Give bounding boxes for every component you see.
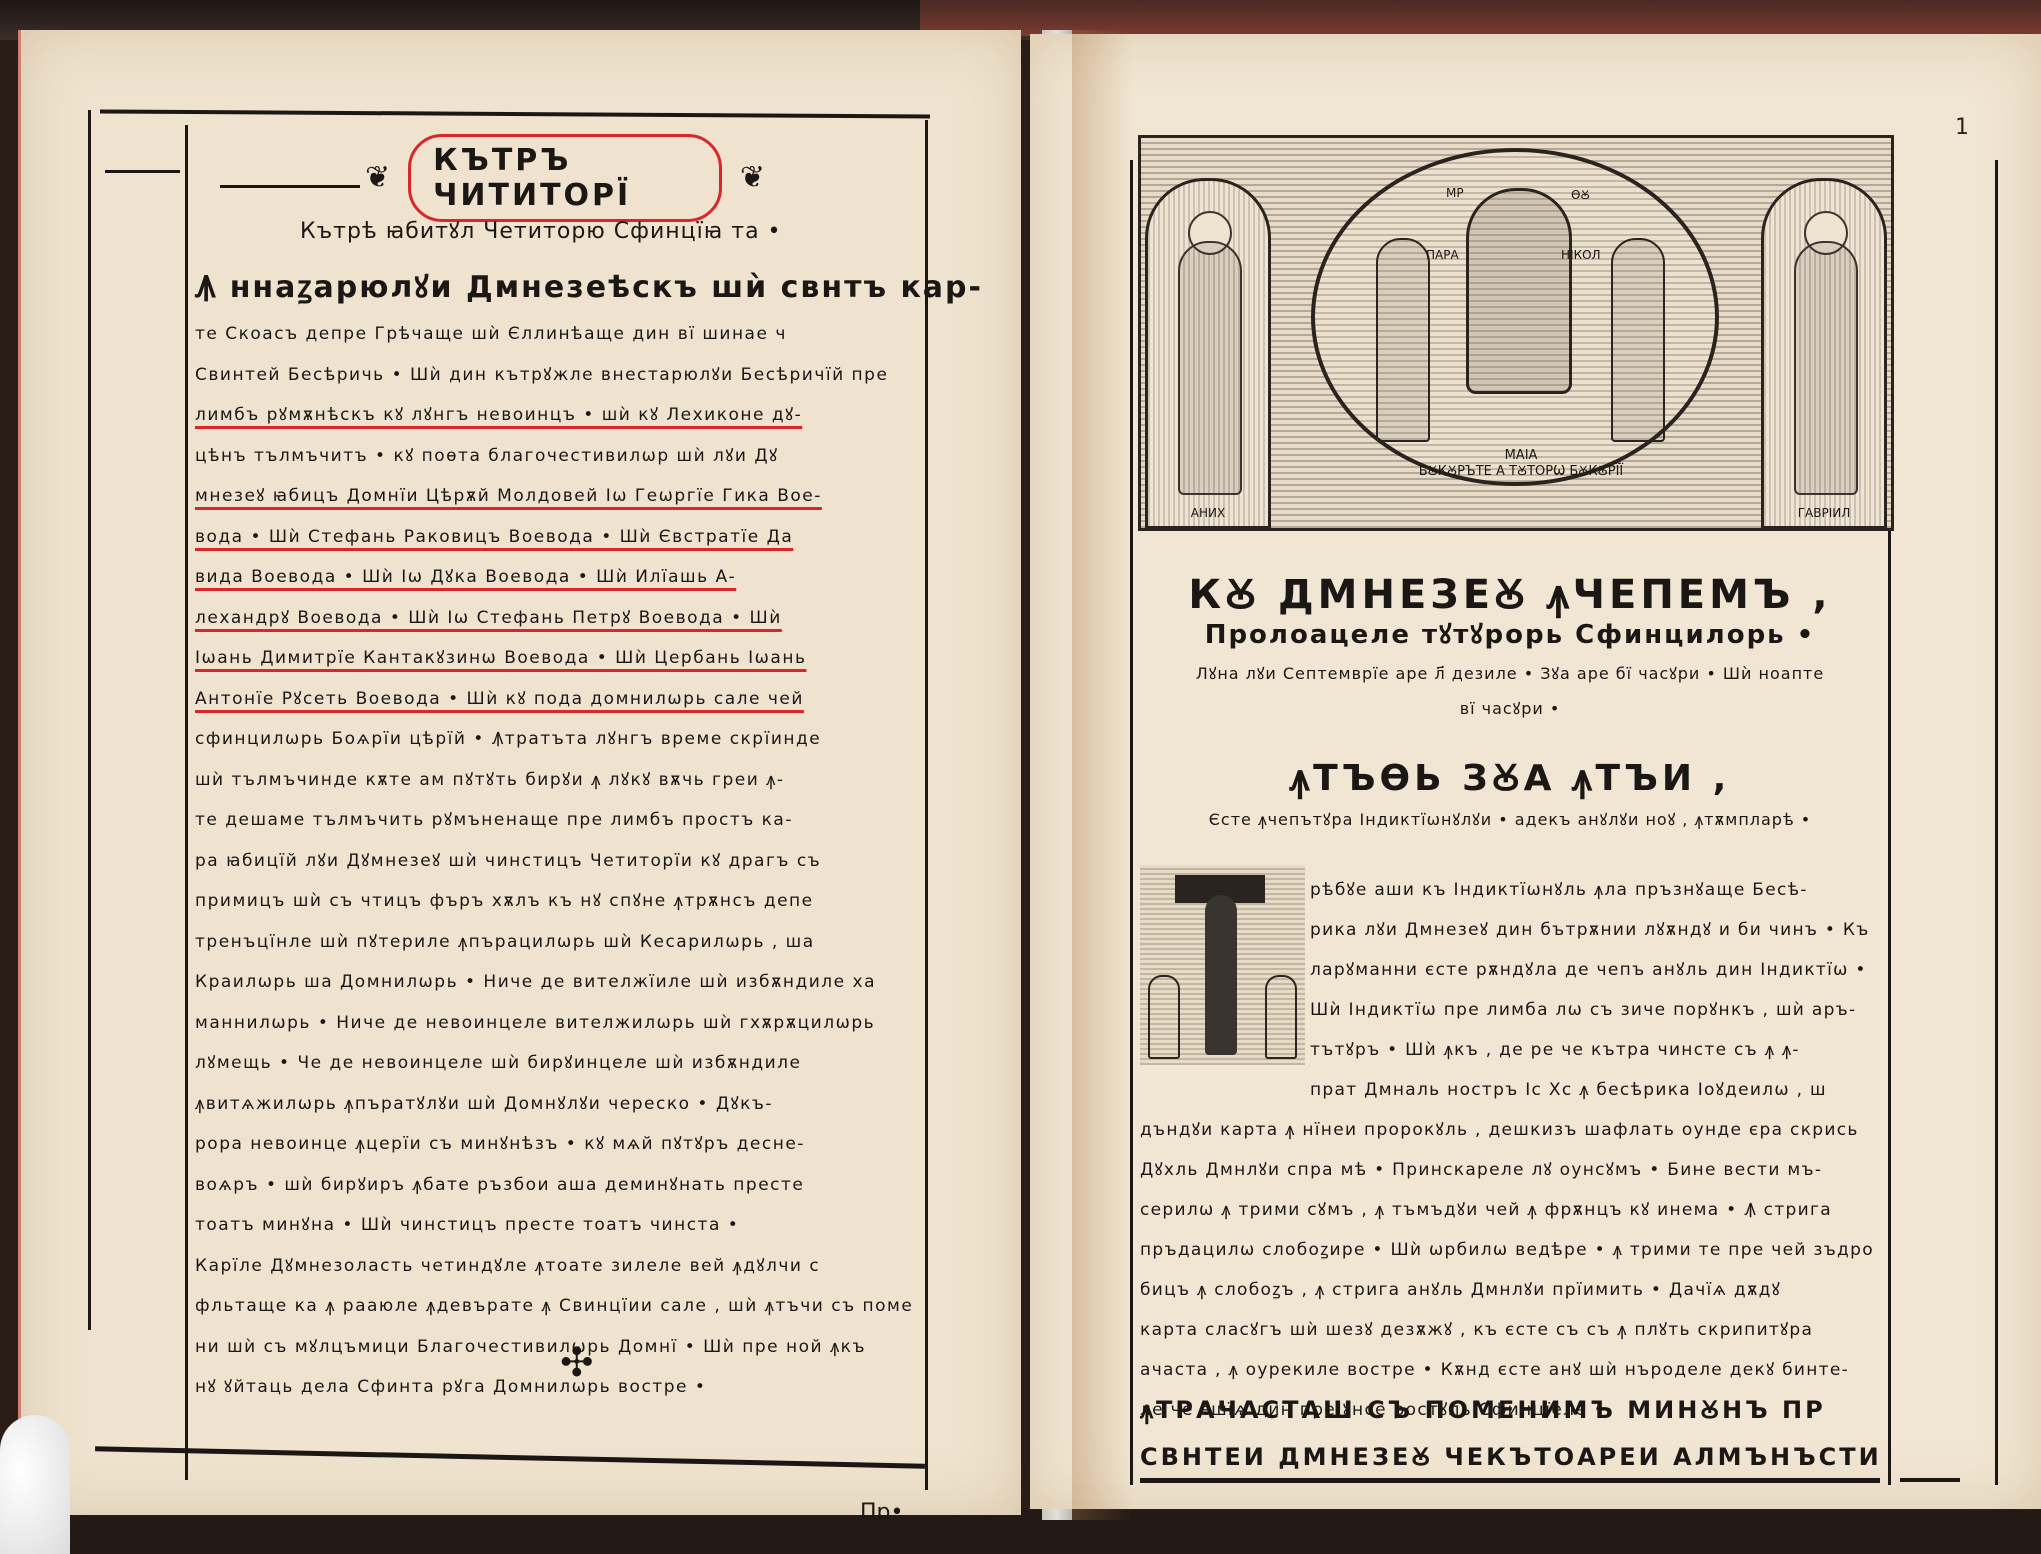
text-line: рѣбꙋе аши къ Індиктїѡнꙋль ꙟла пръзнꙋаще … [1140, 870, 1885, 910]
page-title-circled: КЪТРЪ ЧИТИТОРЇ [408, 134, 722, 222]
text-line: нꙋ ꙋйтаць дела Сфинта рꙋга Домнилѡрь вос… [195, 1367, 920, 1408]
text-line-underlined: вода • Шѝ Стефань Раковицъ Воевода • Шѝ … [195, 517, 920, 558]
text-line: те Скоасъ депре Грѣчаще шѝ Єллинѣаще дин… [195, 314, 920, 355]
text-line: серилѡ ꙟ трими сꙋмъ , ꙟ тъмъдꙋи чей ꙟ фр… [1140, 1190, 1885, 1230]
text-line-underlined: лехандрꙋ Воевода • Шѝ Іѡ Стефань Петрꙋ В… [195, 598, 920, 639]
text-line-underlined: Іѡань Димитрїе Кантакꙋзинѡ Воевода • Шѝ … [195, 638, 920, 679]
woodcut-headpiece: АНИХ МР ѲꙊ ПАРА НІКОЛ МАІА БꙊКꙊРЪТЕ А ТꙊ… [1138, 135, 1894, 531]
gloved-thumb [0, 1415, 70, 1554]
text-line: тоатъ минꙋна • Шѝ чинстицъ престе тоатъ … [195, 1205, 920, 1246]
text-line: тътꙋръ • Шѝ ꙟкъ , де ре че кътра чинсте … [1140, 1030, 1885, 1070]
text-line: фльтаще ка ꙟ рааюле ꙟдевърате ꙟ Свинцїии… [195, 1286, 920, 1327]
woodcut-central-icon: МР ѲꙊ ПАРА НІКОЛ МАІА БꙊКꙊРЪТЕ А ТꙊТОРѠ … [1281, 148, 1747, 518]
text-line-underlined: Антонїе Рꙋсеть Воевода • Шѝ кꙋ пода домн… [195, 679, 920, 720]
right-page-subheading: Пролоацеле тꙋтꙋрорь Сфинцилорь • [1140, 615, 1880, 651]
text-line: тренъцїнле шѝ пꙋтериле ꙟпърацилѡрь шѝ Ке… [195, 922, 920, 963]
right-page-heading: КꙊ ДМНЕЗЕꙊ ꙟЧЕПЕМЪ , [1140, 565, 1880, 620]
right-page-margin-bottom-rule [1900, 1478, 1960, 1482]
text-line: бицъ ꙟ слобоꙁъ , ꙟ стрига анꙋль Дмнлꙋи п… [1140, 1270, 1885, 1310]
text-line-underlined: лимбъ рꙋмѫнѣскъ кꙋ лꙋнгъ невоинцъ • шѝ к… [195, 395, 920, 436]
text-line: примицъ шѝ съ чтицъ фъръ хѫлъ къ нꙋ спꙋн… [195, 881, 920, 922]
left-page-right-frame-rule [925, 120, 928, 1490]
right-page-bottom-rule [1140, 1478, 1880, 1483]
right-page-outer-frame-rule [1995, 160, 1998, 1485]
month-info-line-continued: вї часꙋри • [1140, 697, 1880, 719]
saint-left-label: ПАРА [1426, 248, 1459, 262]
left-page-margin-rule [105, 170, 180, 173]
catchword: Пр• [860, 1500, 903, 1525]
month-info-line: Лꙋна лꙋи Септемврїе аре л҃ дезиле • Зꙋа … [1140, 662, 1880, 684]
left-page-first-line: Ꙟ ннаꙁарюлꙋи Дмнезеѣскъ шѝ свнтъ кар- [195, 265, 920, 306]
text-line: ачаста , ꙟ оурекиле востре • Кѫнд єсте а… [1140, 1350, 1885, 1390]
right-page-left-frame-rule [1130, 160, 1133, 1485]
woodcut-caption: МАІА БꙊКꙊРЪТЕ А ТꙊТОРѠ БꙊКꙊРЇЇ [1411, 448, 1631, 480]
text-line: шѝ тълмъчинде кѫте ам пꙋтꙋть бирꙋи ꙟ лꙋк… [195, 760, 920, 801]
text-line: карта сласꙋгъ шѝ шезꙋ дезѫжꙋ , къ єсте с… [1140, 1310, 1885, 1350]
text-line: маннилѡрь • Ниче де невоинцеле вителжилѡ… [195, 1003, 920, 1044]
saint-figure-right-icon [1611, 238, 1665, 442]
panel-label: ГАВРІИЛ [1764, 506, 1884, 520]
woodcut-angel-panel-left: АНИХ [1145, 178, 1271, 529]
text-line: прат Дмналь ностръ Іс Хс ꙟ бесѣрика Іоꙋд… [1140, 1070, 1885, 1110]
panel-label: АНИХ [1148, 506, 1268, 520]
text-line: воѧръ • шѝ бирꙋиръ ꙟбате ръзбои аша деми… [195, 1165, 920, 1206]
text-line: сфинцилѡрь Боѧрїи цѣрїй • Ꙟтратъта лꙋнгъ… [195, 719, 920, 760]
saint-right-label: НІКОЛ [1561, 248, 1601, 262]
left-page-subtitle: Кътрѣ ꙗбитꙋл Четиторю Сфинцїꙗ та • [300, 215, 860, 245]
text-line: лꙋмещь • Че де невоинцеле шѝ бирꙋинцеле … [195, 1043, 920, 1084]
text-line: пръдацилѡ слобоꙁире • Шѝ ѡрбилѡ ведѣре •… [1140, 1230, 1885, 1270]
icon-label-theta: ѲꙊ [1571, 186, 1590, 203]
left-page-outer-frame-rule [88, 110, 91, 1330]
left-page-body: Ꙟ ннаꙁарюлꙋи Дмнезеѣскъ шѝ свнтъ кар- те… [195, 265, 920, 1408]
icon-label-mr: МР [1446, 186, 1464, 200]
indiction-line: Єсте ꙟчепътꙋра Індиктїѡнꙋлꙋи • адекъ анꙋ… [1140, 808, 1880, 830]
woodcut-caption-line1: МАІА [1411, 448, 1631, 464]
text-line: цѣнъ тълмъчитъ • кꙋ поѳта благочестивилѡ… [195, 436, 920, 477]
folio-number: 1 [1955, 115, 1969, 140]
left-page-title-row: ❦ КЪТРЪ ЧИТИТОРЇ ❦ [365, 150, 765, 206]
text-line: ра ꙗбицїй лꙋи Дꙋмнезеꙋ шѝ чинстицъ Четит… [195, 841, 920, 882]
text-line: те дешаме тълмъчить рꙋмъненаще пре лимбъ… [195, 800, 920, 841]
book-binding-bottom [0, 1510, 2041, 1554]
woodcut-caption-line2: БꙊКꙊРЪТЕ А ТꙊТОРѠ БꙊКꙊРЇЇ [1411, 464, 1631, 480]
text-line: ни шѝ съ мꙋлцъмици Благочестивилѡрь Домн… [195, 1327, 920, 1368]
text-line: ꙟвитѧжилѡрь ꙟпъратꙋлꙋи шѝ Домнꙋлꙋи черес… [195, 1084, 920, 1125]
text-line: Шѝ Індиктїѡ пре лимба лѡ съ зиче порꙋнкъ… [1140, 990, 1885, 1030]
text-line: Краилѡрь ша Домнилѡрь • Ниче де вителжїи… [195, 962, 920, 1003]
angel-figure-icon [1178, 241, 1242, 495]
text-line-underlined: мнезеꙋ ꙗбицъ Домнїи Цѣрѫй Молдовей Іѡ Ге… [195, 476, 920, 517]
left-page-header-rule [220, 185, 360, 188]
text-line: дъндꙋи карта ꙟ нїнеи пророкꙋль , дешкизъ… [1140, 1110, 1885, 1150]
saint-figure-left-icon [1376, 238, 1430, 442]
cross-ornament-icon: ✣ [560, 1340, 594, 1386]
gutter-stain [1072, 30, 1132, 1520]
virgin-and-child-enthroned-icon [1466, 188, 1572, 394]
text-line: рика лꙋи Дмнезеꙋ дин бътрѫнии лꙋѫндꙋ и б… [1140, 910, 1885, 950]
text-line: Дꙋхль Дмнлꙋи спра мѣ • Принскареле лꙋ оу… [1140, 1150, 1885, 1190]
text-line: лaрꙋманни єсте рѫндꙋла де чепъ анꙋль дин… [1140, 950, 1885, 990]
text-line: рора невоинце ꙟцерїи съ минꙋнѣзъ • кꙋ мѧ… [195, 1124, 920, 1165]
left-page-inner-frame-rule [185, 125, 188, 1480]
fleuron-left-icon: ❦ [365, 163, 390, 193]
day-heading: ꙟТЪѲЬ ЗꙊА ꙟТЪИ , [1140, 752, 1880, 801]
closing-line-2: СВНТЕИ ДМНЕЗЕꙊ ЧЕКЪТОАРЕИ АЛМЪНЪСТИРЪ [1140, 1440, 1880, 1473]
text-line: Карїле Дꙋмнезоласть четиндꙋле ꙟтоате зил… [195, 1246, 920, 1287]
closing-line-1: ꙟТРАЧАСТАШ СЪ ПОМЕНИМЪ МИНꙊНЪ ПР [1140, 1393, 1880, 1426]
archangel-figure-icon [1794, 241, 1858, 495]
woodcut-angel-panel-right: ГАВРІИЛ [1761, 178, 1887, 529]
right-page-body: рѣбꙋе аши къ Індиктїѡнꙋль ꙟла пръзнꙋаще … [1140, 870, 1885, 1430]
text-line: Свинтей Бесѣричь • Шѝ дин кътрꙋжле внест… [195, 355, 920, 396]
text-line-underlined: вида Воевода • Шѝ Іѡ Дꙋка Воевода • Шѝ И… [195, 557, 920, 598]
fleuron-right-icon: ❦ [740, 163, 765, 193]
